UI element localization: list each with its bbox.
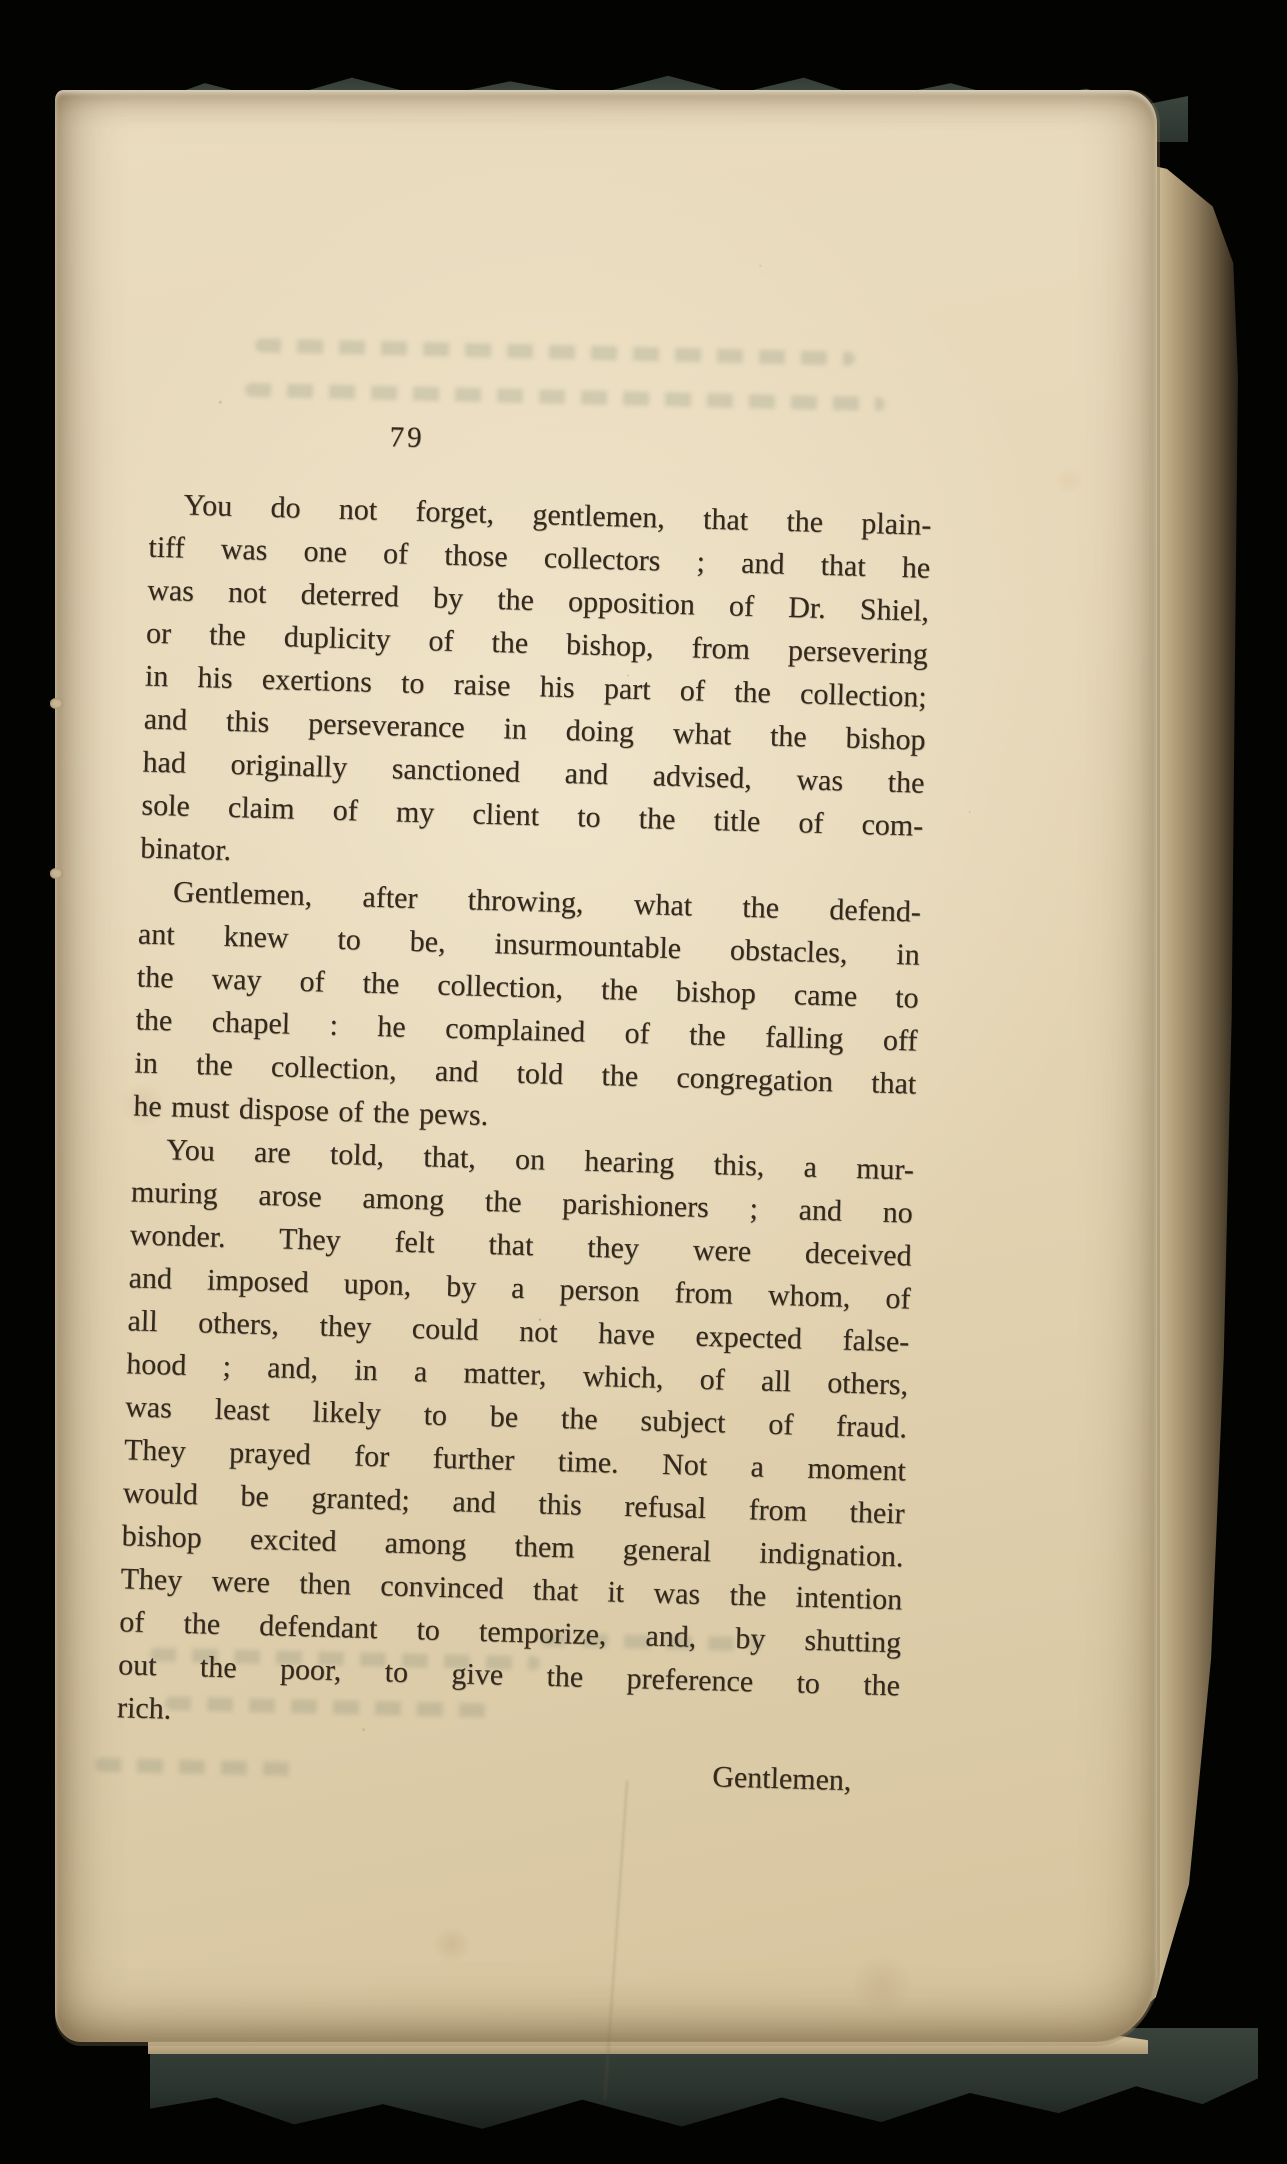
paragraph: Gentlemen, after throwing, what the defe… xyxy=(133,869,922,1148)
book-page: 79 You do not forget, gentlemen, that th… xyxy=(55,90,1157,2042)
catchword: Gentlemen, xyxy=(115,1739,898,1803)
text-block: 79 You do not forget, gentlemen, that th… xyxy=(115,410,934,1804)
paragraph: You do not forget, gentlemen, that the p… xyxy=(140,483,932,891)
photo-backdrop: 79 You do not forget, gentlemen, that th… xyxy=(0,0,1287,2164)
page-text: You do not forget, gentlemen, that the p… xyxy=(117,483,932,1751)
show-through-mark xyxy=(255,338,855,366)
binding-stitch xyxy=(50,698,63,709)
binding-stitch xyxy=(50,868,63,879)
page-number: 79 xyxy=(389,416,425,460)
show-through-mark xyxy=(245,383,885,412)
paragraph: You are told, that, on hearing this, a m… xyxy=(117,1127,915,1750)
